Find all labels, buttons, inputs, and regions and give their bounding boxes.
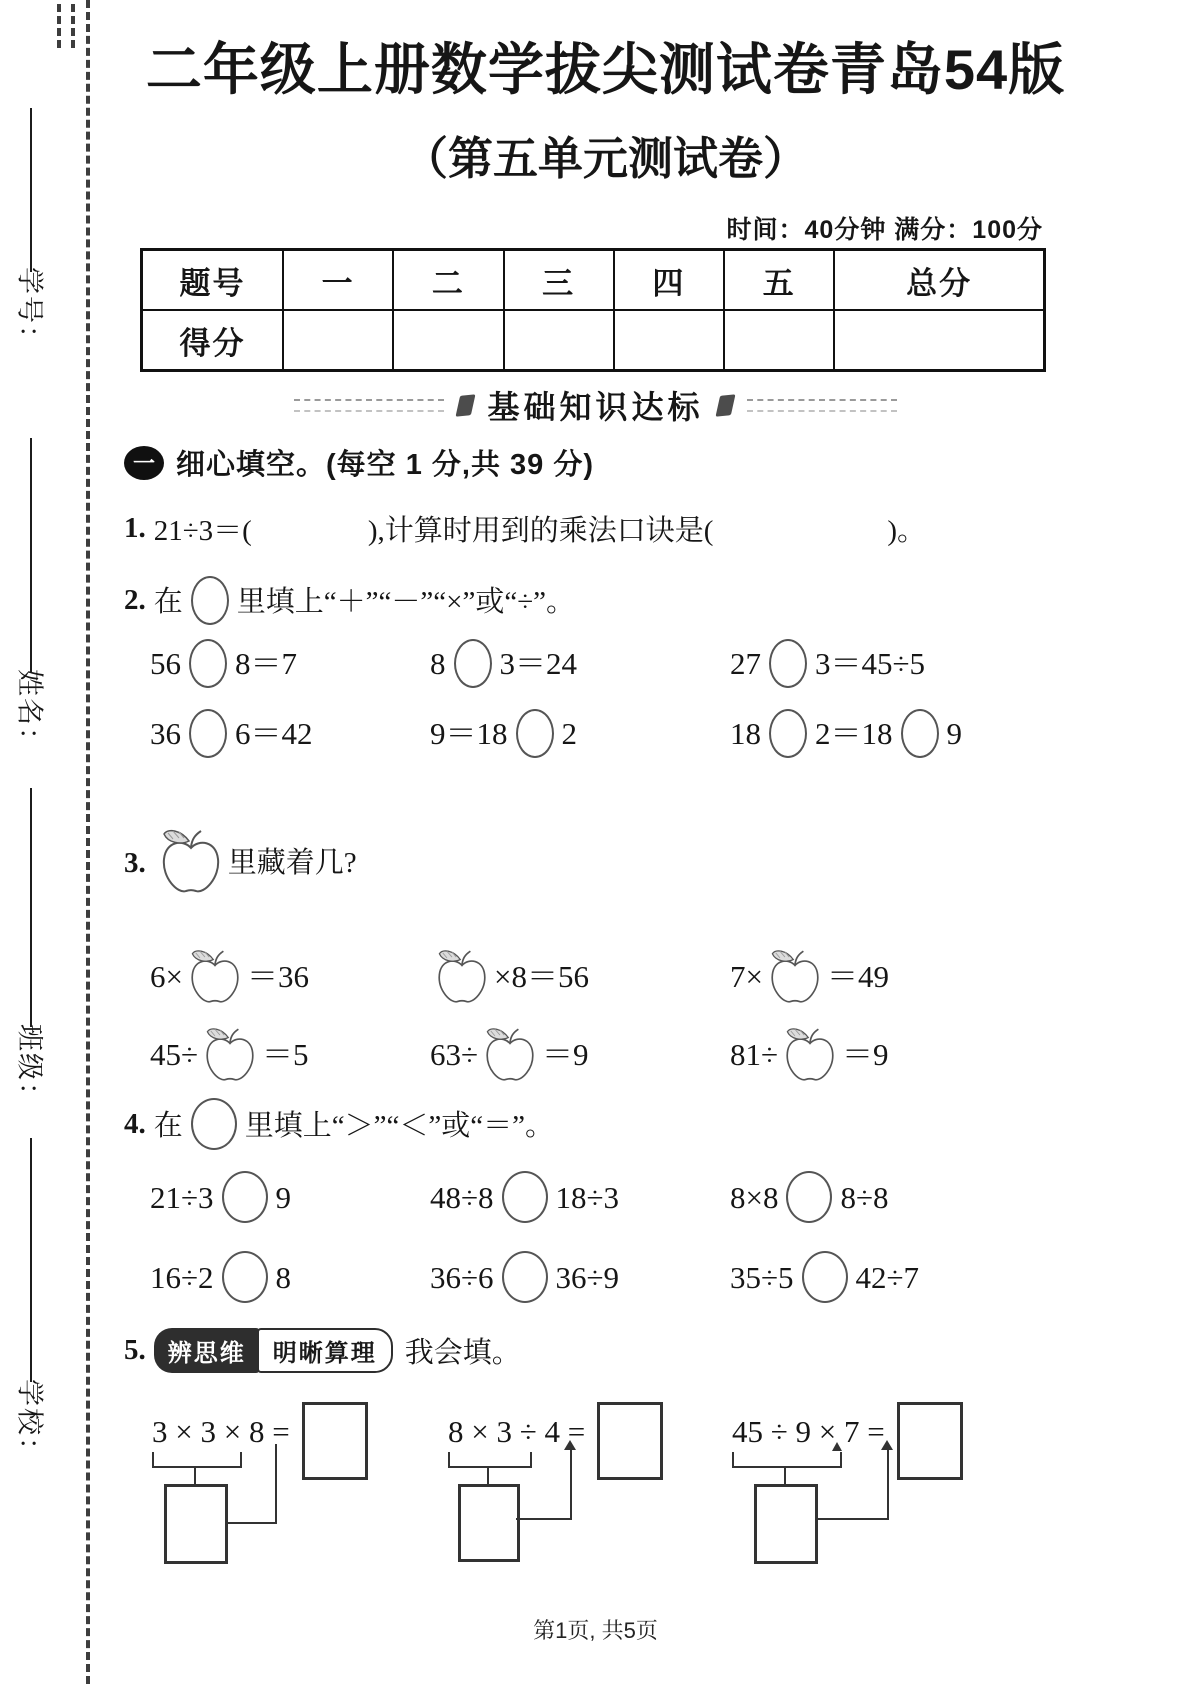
equation: 81÷ ＝9 — [730, 1025, 1070, 1087]
reasoning-diagram-2: 8 × 3 ÷ 4 = — [448, 1398, 758, 1598]
connector-line — [815, 1448, 889, 1520]
equation-text: 9＝18 — [430, 716, 508, 751]
expression-text: 45 ÷ 9 × 7 = — [732, 1414, 885, 1449]
score-cell: 三 — [504, 250, 614, 311]
equation-text: 6＝42 — [235, 716, 313, 751]
score-table-value-row: 得分 — [142, 310, 1045, 371]
item-1-text: 21÷3＝( ),计算时用到的乘法口诀是( )。 — [154, 508, 926, 549]
banner-ornament — [456, 394, 476, 416]
thinking-badge: 辨思维 — [154, 1328, 260, 1373]
equation-text: ＝9 — [842, 1037, 889, 1072]
answer-circle — [454, 639, 492, 688]
bracket-stem — [194, 1466, 196, 1484]
answer-circle — [502, 1171, 548, 1223]
score-table-header-row: 题号 一 二 三 四 五 总分 — [142, 250, 1045, 311]
equation-text: 7× — [730, 959, 763, 994]
item-5-text: 我会填。 — [405, 1330, 521, 1371]
equation-text: 9 — [947, 716, 963, 751]
equation: 7× ＝49 — [730, 947, 1070, 1009]
score-cell: 一 — [283, 250, 393, 311]
score-cell-blank — [724, 310, 834, 371]
item-5-diagrams: 3 × 3 × 8 = 8 × 3 ÷ 4 = 45 ÷ 9 × 7 = — [130, 1398, 1090, 1598]
answer-circle — [222, 1251, 268, 1303]
equation: 568＝7 — [150, 638, 430, 688]
equation: 45÷ ＝5 — [150, 1025, 430, 1087]
connector-line — [225, 1444, 277, 1524]
equation-text: 里填上“＋”“－”“×”或“÷”。 — [237, 586, 575, 618]
item-3: 3. 里藏着几? — [124, 826, 357, 900]
equation-text: 63÷ — [430, 1037, 478, 1072]
equation: ×8＝56 — [430, 947, 730, 1009]
student-id-blank-line — [30, 108, 32, 272]
equation-text: ×8＝56 — [494, 959, 589, 994]
student-school-blank-line — [30, 1138, 32, 1382]
equation-text: ＝49 — [827, 959, 889, 994]
answer-circle — [502, 1251, 548, 1303]
fold-mark — [71, 4, 75, 48]
page-number: 第1页, 共5页 — [0, 1614, 1191, 1645]
equation: 366＝42 — [150, 708, 430, 758]
equation-text: 8＝7 — [235, 646, 297, 681]
equation-text: 8 — [430, 646, 446, 681]
equation-text: 48÷8 — [430, 1180, 494, 1215]
up-arrow — [564, 1440, 576, 1450]
item-number: 4. — [124, 1108, 146, 1141]
intermediate-result-box — [754, 1484, 818, 1564]
equation-text: 3＝45÷5 — [815, 646, 925, 681]
section-banner: 基础知识达标 — [130, 382, 1061, 428]
answer-circle — [191, 1098, 237, 1150]
apple-icon — [158, 826, 224, 900]
apple-icon — [434, 947, 490, 1009]
equation-text: 9 — [276, 1180, 292, 1215]
answer-box — [597, 1402, 663, 1480]
equation-text: 42÷7 — [856, 1260, 920, 1295]
section-title: 基础知识达标 — [487, 382, 703, 428]
equation: 21÷39 — [150, 1171, 430, 1223]
item-3-row-1: 6× ＝36 ×8＝56 7× ＝49 — [150, 936, 1070, 1020]
score-cell-blank — [614, 310, 724, 371]
apple-icon — [482, 1025, 538, 1087]
paper-title: 二年级上册数学拔尖测试卷青岛54版 — [100, 26, 1111, 106]
equation-text: 45÷ — [150, 1037, 198, 1072]
student-class-blank-line — [30, 788, 32, 1027]
banner-deco-line — [747, 399, 897, 412]
item-4-row-1: 21÷39 48÷818÷3 8×88÷8 — [150, 1166, 1070, 1228]
student-name-blank-line — [30, 438, 32, 672]
equation-text: 16÷2 — [150, 1260, 214, 1295]
answer-circle — [802, 1251, 848, 1303]
equation-text: 56 — [150, 646, 181, 681]
reasoning-badge: 明晰算理 — [257, 1328, 393, 1373]
equation: 6× ＝36 — [150, 947, 430, 1009]
equation: 182＝189 — [730, 708, 1070, 758]
reasoning-diagram-3: 45 ÷ 9 × 7 = — [732, 1398, 1042, 1598]
equation-text: 6× — [150, 959, 183, 994]
equation-text: 18÷3 — [556, 1180, 620, 1215]
score-cell-blank — [393, 310, 503, 371]
answer-circle — [222, 1171, 268, 1223]
score-table: 题号 一 二 三 四 五 总分 得分 — [140, 248, 1046, 372]
answer-circle — [901, 709, 939, 758]
equation: 36÷636÷9 — [430, 1251, 730, 1303]
apple-icon — [187, 947, 243, 1009]
question-number-badge: 一 — [124, 446, 164, 480]
answer-circle — [189, 709, 227, 758]
equation: 273＝45÷5 — [730, 638, 1070, 688]
item-4-row-2: 16÷28 36÷636÷9 35÷542÷7 — [150, 1246, 1070, 1308]
paper-subtitle: （第五单元测试卷） — [100, 122, 1111, 187]
answer-circle — [189, 639, 227, 688]
test-paper-page: 学号： 姓名： 班级： 学校： 二年级上册数学拔尖测试卷青岛54版 （第五单元测… — [0, 0, 1191, 1684]
equation-text: ＝9 — [542, 1037, 589, 1072]
equation-text: 81÷ — [730, 1037, 778, 1072]
equation-text: 8 — [276, 1260, 292, 1295]
item-2-row-2: 366＝42 9＝182 182＝189 — [150, 708, 1070, 758]
score-cell: 五 — [724, 250, 834, 311]
equation: 8×88÷8 — [730, 1171, 1070, 1223]
equation-text: 21÷3 — [150, 1180, 214, 1215]
item-number: 5. — [124, 1334, 146, 1367]
equation-text: 2＝18 — [815, 716, 893, 751]
question-1-title: 细心填空。(每空 1 分,共 39 分) — [176, 442, 594, 483]
intermediate-result-box — [458, 1484, 520, 1562]
score-cell: 题号 — [142, 250, 284, 311]
question-1-header: 一 细心填空。(每空 1 分,共 39 分) — [124, 442, 594, 483]
bracket-stem — [784, 1466, 786, 1484]
apple-icon — [202, 1025, 258, 1087]
score-cell-blank — [834, 310, 1044, 371]
equation-text: 3＝24 — [500, 646, 578, 681]
intermediate-result-box — [164, 1484, 228, 1564]
equation: 63÷ ＝9 — [430, 1025, 730, 1087]
item-1: 1. 21÷3＝( ),计算时用到的乘法口诀是( )。 — [124, 508, 926, 549]
equation-text: 18 — [730, 716, 761, 751]
equation-text: 在 — [154, 1110, 183, 1142]
answer-circle — [191, 576, 229, 625]
equation-text: 里填上“＞”“＜”或“＝”。 — [245, 1110, 554, 1142]
item-2-row-1: 568＝7 83＝24 273＝45÷5 — [150, 638, 1070, 688]
score-cell-blank — [283, 310, 393, 371]
up-arrow — [881, 1440, 893, 1450]
reasoning-diagram-1: 3 × 3 × 8 = — [152, 1398, 462, 1598]
banner-deco-line — [294, 399, 444, 412]
answer-circle — [516, 709, 554, 758]
equation-text: 2 — [562, 716, 578, 751]
connector-line — [516, 1448, 572, 1520]
fold-mark — [57, 4, 61, 48]
equation-text: ＝36 — [247, 959, 309, 994]
student-class-label: 班级： — [13, 1018, 52, 1118]
item-4-lead: 在里填上“＞”“＜”或“＝”。 — [154, 1098, 554, 1150]
equation-text: 36÷6 — [430, 1260, 494, 1295]
bracket-stem — [487, 1466, 489, 1484]
banner-ornament — [715, 394, 735, 416]
item-4: 4. 在里填上“＞”“＜”或“＝”。 — [124, 1098, 554, 1150]
equation-text: 里藏着几? — [228, 847, 357, 879]
equation-text: 8×8 — [730, 1180, 778, 1215]
item-number: 2. — [124, 584, 146, 617]
equation: 48÷818÷3 — [430, 1171, 730, 1223]
score-cell: 总分 — [834, 250, 1044, 311]
equation-text: 27 — [730, 646, 761, 681]
score-cell: 四 — [614, 250, 724, 311]
item-2-lead: 在里填上“＋”“－”“×”或“÷”。 — [154, 576, 575, 625]
equation: 16÷28 — [150, 1251, 430, 1303]
answer-box — [302, 1402, 368, 1480]
answer-box — [897, 1402, 963, 1480]
equation-text: 在 — [154, 586, 183, 618]
answer-circle — [769, 639, 807, 688]
student-name-label: 姓名： — [13, 663, 52, 763]
item-5: 5. 辨思维 明晰算理 我会填。 — [124, 1328, 521, 1373]
item-3-lead: 里藏着几? — [154, 826, 357, 900]
apple-icon — [767, 947, 823, 1009]
answer-circle — [769, 709, 807, 758]
apple-icon — [782, 1025, 838, 1087]
item-2: 2. 在里填上“＋”“－”“×”或“÷”。 — [124, 576, 575, 625]
equation-text: 36÷9 — [556, 1260, 620, 1295]
student-school-label: 学校： — [13, 1373, 52, 1473]
equation: 83＝24 — [430, 638, 730, 688]
equation-text: 8÷8 — [840, 1180, 888, 1215]
equation-text: ＝5 — [262, 1037, 309, 1072]
answer-circle — [786, 1171, 832, 1223]
item-number: 1. — [124, 512, 146, 545]
item-3-row-2: 45÷ ＝5 63÷ ＝9 81÷ ＝9 — [150, 1014, 1070, 1098]
time-and-score-info: 时间：40分钟 满分：100分 — [727, 210, 1043, 246]
student-id-label: 学号： — [13, 261, 52, 361]
equation-text: 35÷5 — [730, 1260, 794, 1295]
item-number: 3. — [124, 847, 146, 880]
equation: 9＝182 — [430, 708, 730, 758]
score-cell: 得分 — [142, 310, 284, 371]
equation: 35÷542÷7 — [730, 1251, 1070, 1303]
score-cell: 二 — [393, 250, 503, 311]
equation-text: 36 — [150, 716, 181, 751]
score-cell-blank — [504, 310, 614, 371]
binding-dashed-line — [86, 0, 90, 1684]
